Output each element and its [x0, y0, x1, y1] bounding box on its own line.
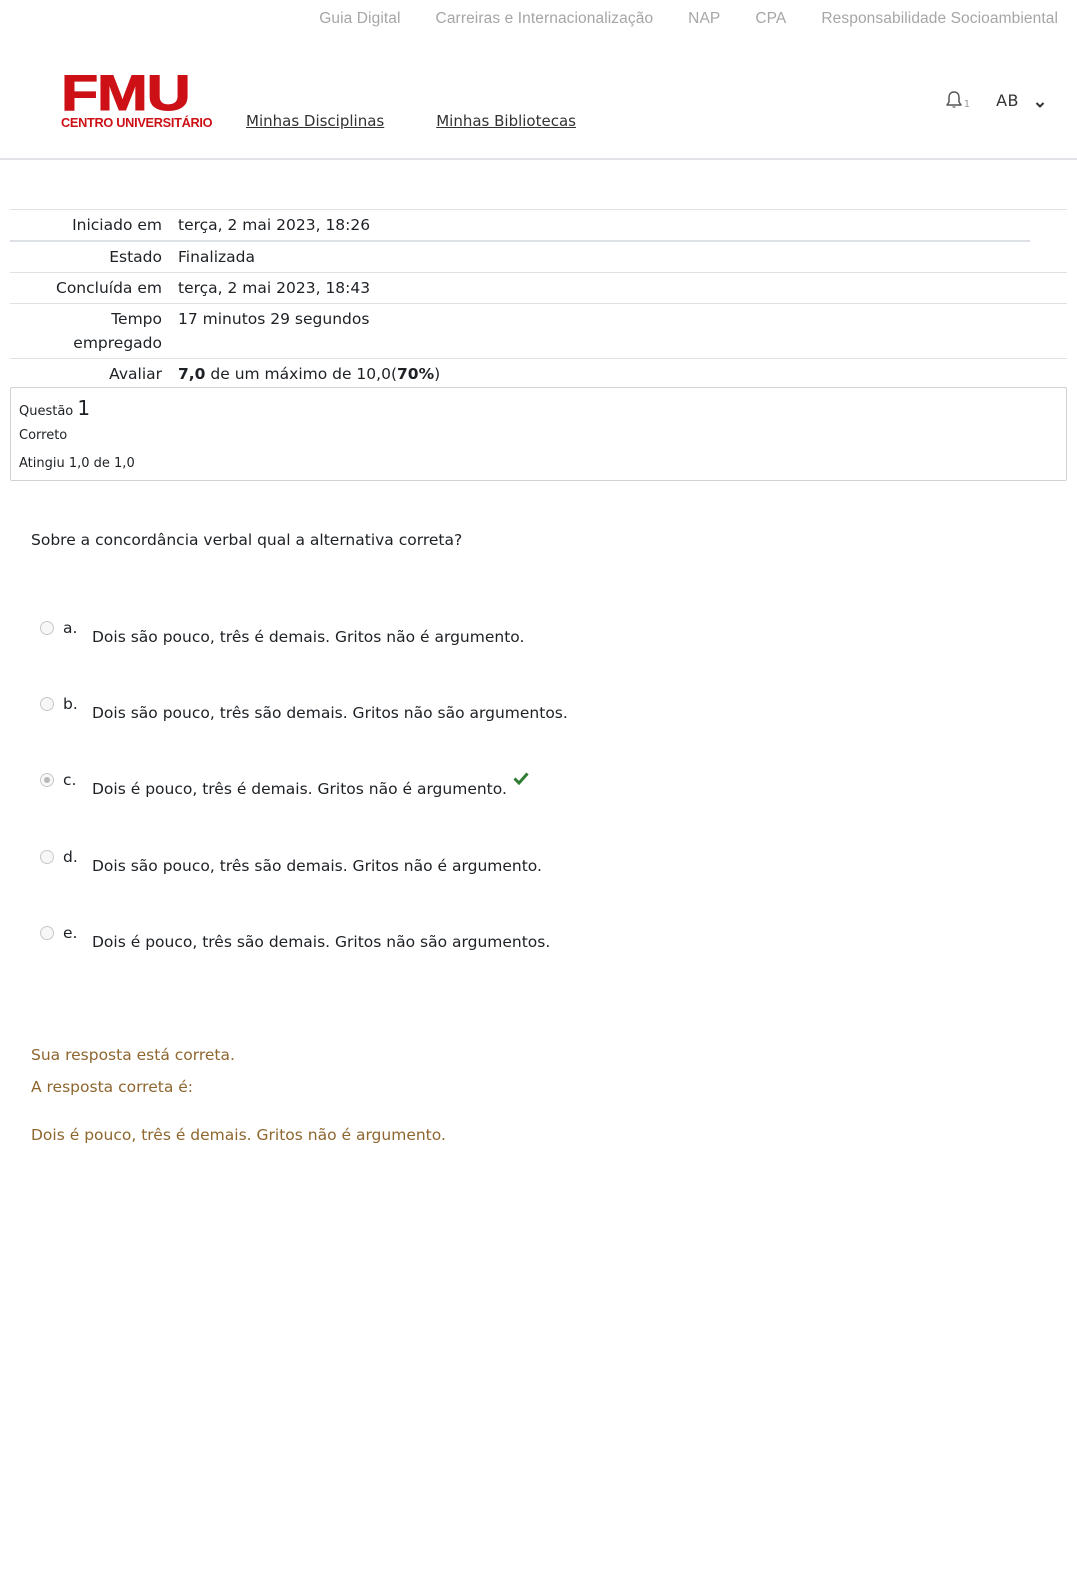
- top-links: Guia Digital Carreiras e Internacionaliz…: [319, 10, 1058, 28]
- link-guia-digital[interactable]: Guia Digital: [319, 10, 400, 28]
- nav-minhas-bibliotecas[interactable]: Minhas Bibliotecas: [436, 112, 576, 130]
- radio-button[interactable]: [40, 697, 54, 711]
- answer-text: Dois são pouco, três são demais. Gritos …: [92, 857, 542, 875]
- answer-letter: e.: [63, 924, 92, 942]
- summary-row-state: Estado Finalizada: [10, 240, 1030, 272]
- radio-button[interactable]: [40, 926, 54, 940]
- summary-label: Concluída em: [10, 273, 162, 303]
- bell-icon[interactable]: [945, 90, 963, 110]
- answer-option-d[interactable]: d. Dois são pouco, três são demais. Grit…: [40, 848, 542, 875]
- link-cpa[interactable]: CPA: [755, 10, 786, 28]
- grade-text: de um máximo de 10,0(: [205, 365, 397, 383]
- answer-letter: a.: [63, 619, 92, 637]
- summary-label-line2: empregado: [73, 334, 162, 352]
- answer-letter: c.: [63, 771, 92, 789]
- summary-label: Tempoempregado: [10, 304, 162, 358]
- navbar: FMU CENTRO UNIVERSITÁRIO Minhas Discipli…: [0, 60, 1077, 160]
- radio-button-selected[interactable]: [40, 773, 54, 787]
- question-number: Questão 1: [19, 396, 1058, 420]
- question-number-value: 1: [77, 396, 90, 420]
- grade-percent: 70%: [397, 365, 434, 383]
- grade-text-end: ): [434, 365, 440, 383]
- summary-label: Estado: [10, 242, 162, 272]
- user-avatar-initials[interactable]: AB: [996, 91, 1019, 110]
- summary-label: Iniciado em: [10, 210, 162, 240]
- logo-main-text: FMU: [61, 73, 227, 113]
- notification-count: 1: [964, 99, 970, 110]
- link-nap[interactable]: NAP: [688, 10, 720, 28]
- answer-text-wrap: Dois é pouco, três é demais. Gritos não …: [92, 780, 529, 798]
- answer-text: Dois é pouco, três são demais. Gritos nã…: [92, 933, 550, 951]
- summary-value: Finalizada: [162, 242, 271, 272]
- feedback-result: Sua resposta está correta.: [31, 1046, 235, 1064]
- attempt-summary-table: Iniciado em terça, 2 mai 2023, 18:26 Est…: [10, 209, 1067, 389]
- radio-button[interactable]: [40, 621, 54, 635]
- fmu-logo[interactable]: FMU CENTRO UNIVERSITÁRIO: [61, 73, 197, 130]
- answer-letter: b.: [63, 695, 92, 713]
- answer-option-b[interactable]: b. Dois são pouco, três são demais. Grit…: [40, 695, 568, 722]
- answer-letter: d.: [63, 848, 92, 866]
- check-icon: [513, 771, 529, 785]
- feedback-correct-answer: Dois é pouco, três é demais. Gritos não …: [31, 1126, 446, 1144]
- question-label: Questão: [19, 404, 77, 419]
- summary-row-started: Iniciado em terça, 2 mai 2023, 18:26: [10, 209, 1067, 240]
- chevron-down-icon[interactable]: [1035, 95, 1045, 105]
- nav-minhas-disciplinas[interactable]: Minhas Disciplinas: [246, 112, 384, 130]
- answer-option-c[interactable]: c. Dois é pouco, três é demais. Gritos n…: [40, 771, 529, 798]
- summary-value: terça, 2 mai 2023, 18:26: [162, 210, 386, 240]
- logo-sub-text: CENTRO UNIVERSITÁRIO: [61, 115, 194, 130]
- summary-row-completed: Concluída em terça, 2 mai 2023, 18:43: [10, 272, 1067, 303]
- grade-score: 7,0: [178, 365, 205, 383]
- summary-value: terça, 2 mai 2023, 18:43: [162, 273, 386, 303]
- link-carreiras[interactable]: Carreiras e Internacionalização: [436, 10, 654, 28]
- summary-value: 7,0 de um máximo de 10,0(70%): [162, 359, 456, 389]
- feedback-correct-label: A resposta correta é:: [31, 1078, 193, 1096]
- question-info-box: Questão 1 Correto Atingiu 1,0 de 1,0: [10, 387, 1067, 481]
- answer-option-e[interactable]: e. Dois é pouco, três são demais. Gritos…: [40, 924, 550, 951]
- summary-label: Avaliar: [10, 359, 162, 389]
- summary-label-line1: Tempo: [111, 310, 162, 328]
- summary-row-time: Tempoempregado 17 minutos 29 segundos: [10, 303, 1067, 358]
- summary-row-grade: Avaliar 7,0 de um máximo de 10,0(70%): [10, 358, 1067, 389]
- question-grade: Atingiu 1,0 de 1,0: [19, 456, 1058, 471]
- answer-option-a[interactable]: a. Dois são pouco, três é demais. Gritos…: [40, 619, 524, 646]
- link-responsabilidade[interactable]: Responsabilidade Socioambiental: [821, 10, 1058, 28]
- primary-nav: Minhas Disciplinas Minhas Bibliotecas: [246, 112, 628, 130]
- radio-button[interactable]: [40, 850, 54, 864]
- summary-value: 17 minutos 29 segundos: [162, 304, 385, 358]
- answer-text: Dois são pouco, três é demais. Gritos nã…: [92, 628, 524, 646]
- question-text: Sobre a concordância verbal qual a alter…: [31, 531, 462, 549]
- user-area: 1 AB: [945, 90, 1045, 110]
- answer-text: Dois são pouco, três são demais. Gritos …: [92, 704, 568, 722]
- question-state: Correto: [19, 428, 1058, 443]
- answer-text: Dois é pouco, três é demais. Gritos não …: [92, 780, 507, 798]
